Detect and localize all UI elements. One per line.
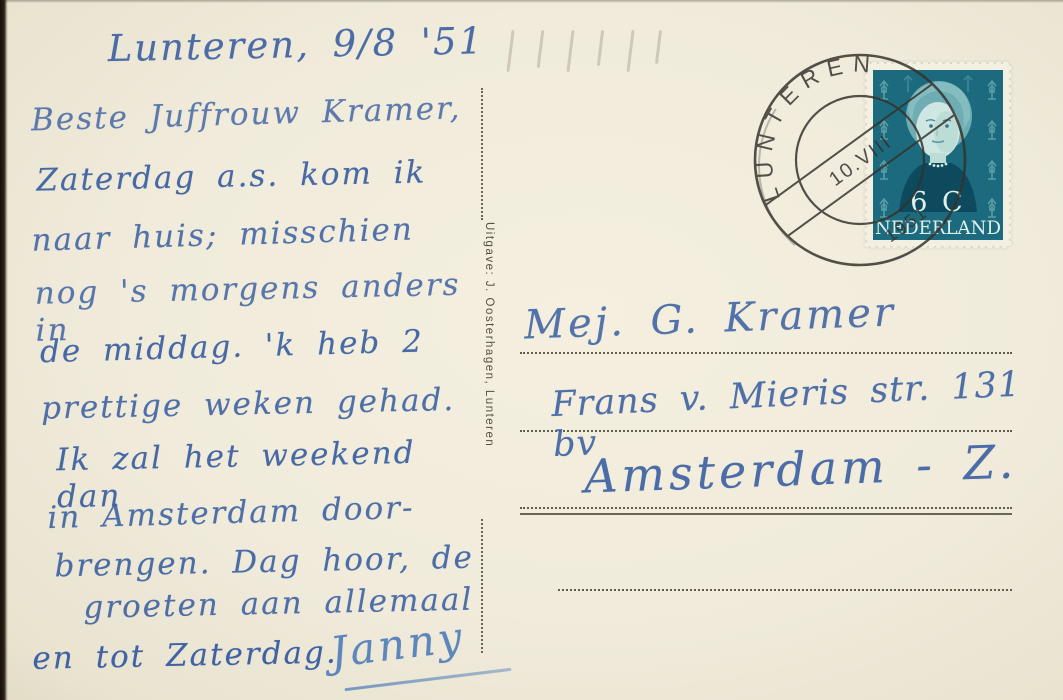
postmark-date-bridge: 10.VIII 1951 [766, 84, 975, 275]
message-dateline: Lunteren, 9/8 '51 [107, 19, 490, 99]
address-recipient: Mej. G. Kramer [523, 290, 896, 349]
scan-edge-strip [0, 0, 8, 700]
publisher-imprint: Uitgave: J. Oosterhagen, Lunteren [483, 222, 495, 512]
message-block: Lunteren, 9/8 '51 Beste Juffrouw Kramer,… [19, 19, 502, 677]
postmark: 10.VIII 1951 LUNTEREN [747, 47, 975, 275]
divider-dotted-line [481, 88, 483, 220]
message-line: prettige weken gehad. [41, 381, 498, 443]
address-rule-solid [520, 513, 1012, 515]
message-line: Beste Juffrouw Kramer, [31, 90, 493, 165]
faint-pencil-marks [505, 26, 675, 78]
postmark-year: 1951 [881, 202, 932, 246]
divider-dotted-line [481, 519, 483, 653]
scan-edge-shadow [0, 0, 1063, 3]
address-rule [520, 352, 1012, 354]
postcard-scan: Lunteren, 9/8 '51 Beste Juffrouw Kramer,… [0, 0, 1063, 700]
address-rule [558, 589, 1012, 591]
postmark-date: 10.VIII [825, 131, 896, 191]
address-rule [520, 507, 1012, 509]
